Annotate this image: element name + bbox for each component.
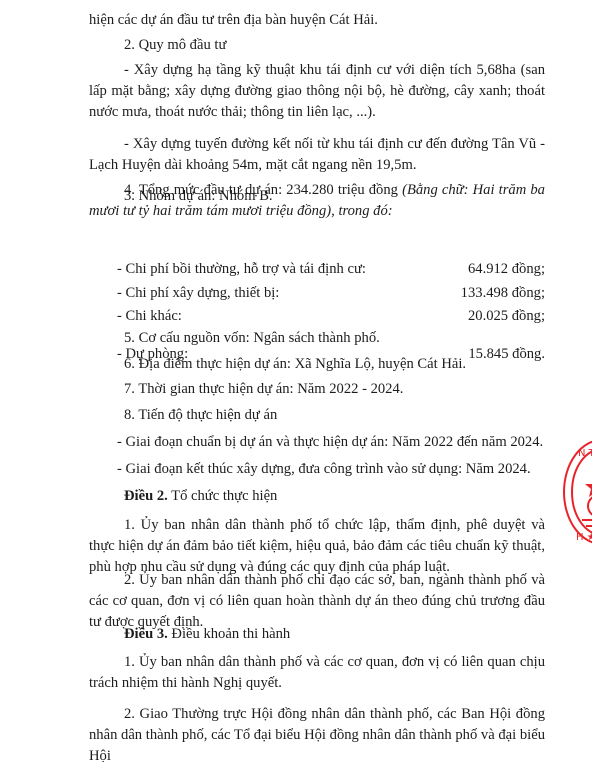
article-3-label: Điều 3. [124, 626, 168, 642]
article-3-paragraph-2: 2. Giao Thường trực Hội đồng nhân dân th… [89, 704, 545, 762]
cost-row: - Chi phí xây dựng, thiết bị:133.498 đồn… [117, 283, 545, 304]
section-2-item-2: - Xây dựng tuyến đường kết nối từ khu tá… [89, 134, 545, 176]
section-4: 4. Tổng mức đầu tư dự án: 234.280 triệu … [89, 180, 545, 222]
article-2-title: Tổ chức thực hiện [168, 488, 278, 504]
section-2-heading: 2. Quy mô đầu tư [89, 35, 545, 56]
article-3-title: Điều khoản thi hành [168, 626, 290, 642]
cost-label: - Chi khác: [117, 306, 182, 327]
section-6: 6. Địa điểm thực hiện dự án: Xã Nghĩa Lộ… [89, 354, 545, 375]
section-8-phase-1: - Giai đoạn chuẩn bị dự án và thực hiện … [117, 432, 545, 453]
section-8-phase-2: - Giai đoạn kết thúc xây dựng, đưa công … [117, 459, 545, 480]
section-5: 5. Cơ cấu nguồn vốn: Ngân sách thành phố… [89, 328, 545, 349]
section-4-tail: , trong đó: [331, 203, 392, 219]
svg-text:N THÀ: N THÀ [578, 446, 592, 459]
article-3-paragraph-1: 1. Ủy ban nhân dân thành phố và các cơ q… [89, 652, 545, 694]
cost-label: - Chi phí bồi thường, hỗ trợ và tái định… [117, 259, 366, 280]
cost-row: - Chi khác:20.025 đồng; [117, 306, 545, 327]
cost-value: 133.498 đồng; [461, 283, 545, 304]
cost-label: - Chi phí xây dựng, thiết bị: [117, 283, 279, 304]
red-seal-stamp-icon: N THÀ H ★ G [560, 436, 592, 548]
section-4-lead: 4. Tổng mức đầu tư dự án: 234.280 triệu … [124, 182, 402, 198]
section-8-heading: 8. Tiến độ thực hiện dự án [89, 405, 545, 426]
intro-tail: hiện các dự án đầu tư trên địa bàn huyện… [89, 10, 545, 31]
section-7: 7. Thời gian thực hiện dự án: Năm 2022 -… [89, 379, 545, 400]
cost-value: 64.912 đồng; [468, 259, 545, 280]
article-3-heading: Điều 3. Điều khoản thi hành [89, 624, 545, 645]
cost-row: - Chi phí bồi thường, hỗ trợ và tái định… [117, 259, 545, 280]
article-2-label: Điều 2. [124, 488, 168, 504]
section-2-item-1: - Xây dựng hạ tầng kỹ thuật khu tái định… [89, 60, 545, 123]
cost-value: 20.025 đồng; [468, 306, 545, 327]
article-2-paragraph-1: 1. Ủy ban nhân dân thành phố tổ chức lập… [89, 515, 545, 578]
svg-text:H ★ G: H ★ G [576, 532, 592, 543]
article-2-heading: Điều 2. Tổ chức thực hiện [89, 486, 545, 507]
